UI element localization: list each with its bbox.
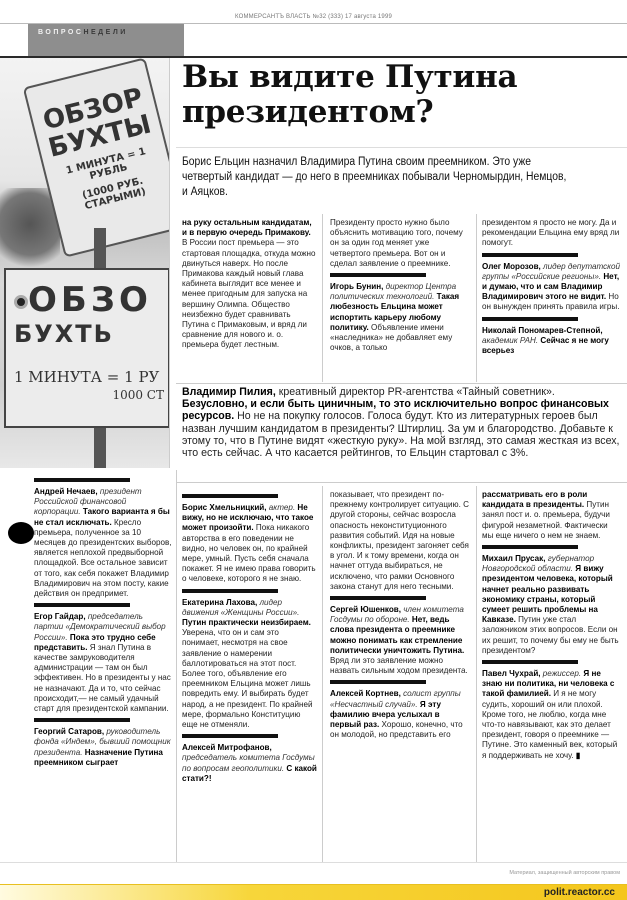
speaker-name: Алексей Кортнев, — [330, 689, 401, 698]
sign-bottom: ОБЗО БУХТЬ 1 МИНУТА = 1 РУ 1000 СТ — [4, 268, 170, 428]
lower-col-0: Андрей Нечаев, президент Российской фина… — [34, 474, 174, 772]
end-mark-icon: ▮ — [576, 751, 580, 760]
photo-signs: ОБЗОР БУХТЫ 1 МИНУТА = 1 РУБЛЬ (1000 РУБ… — [0, 58, 170, 468]
entry-bar — [482, 545, 578, 549]
speaker-name: Павел Чухрай, — [482, 669, 541, 678]
ink-blot — [8, 522, 34, 544]
speaker-name: Егор Гайдар, — [34, 612, 86, 621]
speaker-name: Николай Пономарев-Степной, — [482, 326, 603, 335]
speaker-name: Алексей Митрофанов, — [182, 743, 272, 752]
quote-text: Уверена, что он и сам это понимает, несм… — [182, 628, 313, 729]
speaker-name: Владимир Пилия, — [182, 386, 276, 398]
quote-text: В России пост премьера — это стартовая п… — [182, 238, 316, 349]
page-title: Вы видите Путинапрезидентом? — [182, 60, 517, 130]
speaker-name: Игорь Бунин, — [330, 282, 383, 291]
quote-text: И я не могу судить, хороший он или плохо… — [482, 689, 617, 759]
speaker-name: Сергей Юшенков, — [330, 605, 401, 614]
speaker-name: Андрей Нечаев, — [34, 487, 98, 496]
entry-bar — [330, 596, 426, 600]
lower-col-3: рассматривать его в роли кандидата в пре… — [482, 490, 620, 765]
speaker-role: креативный директор PR-агентства «Тайный… — [276, 386, 555, 398]
speaker-name: Олег Морозов, — [482, 262, 541, 271]
column-divider — [176, 470, 177, 862]
entry-bar — [34, 603, 130, 607]
quote-text: Пока никакого авторства в его поведении … — [182, 523, 316, 583]
feature-quote: Владимир Пилия, креативный директор PR-а… — [182, 386, 620, 459]
upper-col-3: президентом я просто не могу. Да и реком… — [482, 218, 620, 360]
lower-col-1: Борис Хмельницкий, актер. Не вижу, но не… — [182, 490, 318, 788]
entry-bar — [330, 680, 426, 684]
entry-bar — [482, 660, 578, 664]
rubric-part2: НЕДЕЛИ — [83, 29, 127, 36]
entry-bar — [482, 253, 578, 257]
section-divider — [176, 383, 627, 384]
column-divider — [476, 214, 477, 382]
quote-bold: рассматривать его в роли кандидата в пре… — [482, 490, 587, 509]
footer-watermark-bar: polit.reactor.cc — [0, 884, 627, 900]
speaker-role: актер. — [267, 503, 296, 512]
quote-text: Я знал Путина в качестве замруководителя… — [34, 643, 171, 713]
copyright-note: Материал, защищенный авторским правом — [380, 870, 620, 876]
entry-bar — [330, 273, 426, 277]
speaker-name: Михаил Прусак, — [482, 554, 545, 563]
title-line1: Вы видите Путина — [182, 59, 517, 95]
speaker-name: Георгий Сатаров, — [34, 727, 104, 736]
sign-bottom-line4: 1000 СТ — [14, 388, 168, 402]
entry-bar — [182, 734, 278, 738]
quote-text: Кресло премьера, полученное за 10 месяце… — [34, 518, 172, 598]
column-divider — [476, 486, 477, 862]
quote-text: Вряд ли это заявление можно назвать силь… — [330, 656, 468, 675]
entry-bar — [182, 494, 278, 498]
speaker-name: Екатерина Лахова, — [182, 598, 257, 607]
sign-bottom-line1: ОБЗО — [28, 280, 152, 320]
quote-text: показывает, что президент по-прежнему ко… — [330, 490, 470, 592]
sign-bottom-line2: БУХТЬ — [14, 320, 168, 348]
column-divider — [322, 214, 323, 382]
title-rule — [176, 147, 627, 148]
quote-text: Но не на покупку голосов. Голоса будут. … — [182, 410, 620, 459]
speaker-name: Борис Хмельницкий, — [182, 503, 267, 512]
title-line2: президентом? — [182, 94, 433, 130]
quote-text: Президенту просто нужно было объяснить м… — [330, 218, 470, 269]
lead-paragraph: Борис Ельцин назначил Владимира Путина с… — [182, 155, 569, 200]
masthead: КОММЕРСАНТЪ ВЛАСТЬ №32 (333) 17 августа … — [0, 14, 627, 20]
quote-bold: на руку остальным кандидатам, и в первую… — [182, 218, 312, 237]
upper-col-1: на руку остальным кандидатам, и в первую… — [182, 218, 317, 355]
bottom-rule — [0, 862, 627, 863]
entry-bar — [34, 478, 130, 482]
quote-bold: Путин практически неизбираем. — [182, 618, 311, 627]
upper-col-2: Президенту просто нужно было объяснить м… — [330, 218, 470, 357]
entry-bar — [34, 718, 130, 722]
footer-brand-link[interactable]: polit.reactor.cc — [544, 887, 615, 898]
section-divider — [176, 482, 627, 483]
speaker-role: режиссер. — [541, 669, 582, 678]
hole-icon — [14, 295, 28, 309]
column-divider — [322, 486, 323, 862]
quote-text: президентом я просто не могу. Да и реком… — [482, 218, 620, 249]
rubric-part1: ВОПРОС — [38, 29, 83, 36]
sign-bottom-line3: 1 МИНУТА = 1 РУ — [14, 368, 168, 386]
entry-bar — [482, 317, 578, 321]
speaker-role: академик РАН. — [482, 336, 538, 345]
entry-bar — [182, 589, 278, 593]
rubric-label: ВОПРОСНЕДЕЛИ — [28, 24, 184, 57]
lower-col-2: показывает, что президент по-прежнему ко… — [330, 490, 470, 744]
